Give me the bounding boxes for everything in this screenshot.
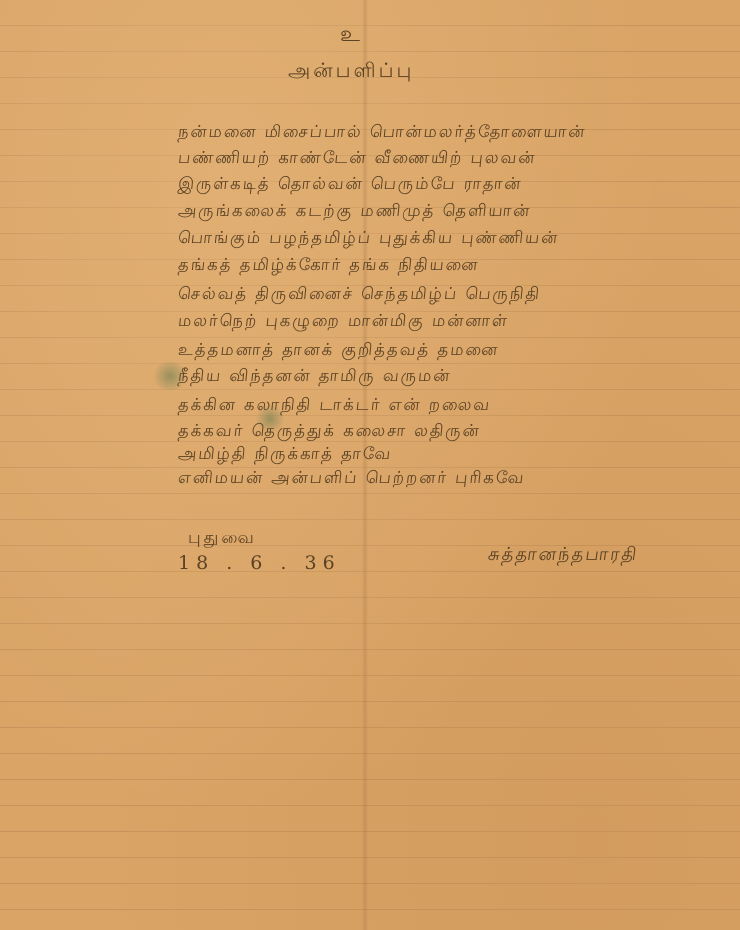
ink-smudge [255,405,285,433]
poem-line: அருங்கலைக் கடற்கு மணிமுத் தெளியான் [177,201,533,223]
poem-line: உத்தமனாத் தானக் குறித்தவத் தமனை [177,340,501,362]
page-title: அன்பளிப்பு [288,58,414,85]
poem-line: எனிமயன் அன்பளிப் பெற்றனர் புரிகவே [177,468,527,490]
poem-line: பண்ணியற் காண்டேன் வீணையிற் புலவன் [177,148,538,170]
ink-smudge [150,362,190,390]
poem-line: இருள்கடித் தொல்வன் பெரும்பே ராதான் [177,174,524,196]
date-text: 18 . 6 . 36 [178,552,341,574]
poem-line: பொங்கும் பழந்தமிழ்ப் புதுக்கிய புண்ணியன் [177,228,561,250]
poem-line: தங்கத் தமிழ்க்கோர் தங்க நிதியனை [177,255,481,277]
signature: சுத்தானந்தபாரதி [486,544,639,567]
poem-line: தக்கவர் தெருத்துக் கலைசா லதிருன் [177,421,482,443]
poem-line: மலர்நெற் புகழுறை மான்மிகு மன்னாள் [177,311,510,333]
place-name: புதுவை [188,528,257,550]
poem-line: செல்வத் திருவினைச் செந்தமிழ்ப் பெருநிதி [177,284,542,306]
poem-line: தக்கின கலாநிதி டாக்டர் என் றலைவ [177,395,492,417]
poem-line: நன்மனை மிசைப்பால் பொன்மலர்த்தோளையான் [177,122,588,144]
letter-page: உ அன்பளிப்பு நன்மனை மிசைப்பால் பொன்மலர்த… [0,0,740,930]
poem-line: நீதிய விந்தனன் தாமிரு வருமன் [177,366,453,388]
invocation-mark: உ [340,22,361,50]
poem-line: அமிழ்தி நிருக்காத் தாவே [177,444,393,466]
